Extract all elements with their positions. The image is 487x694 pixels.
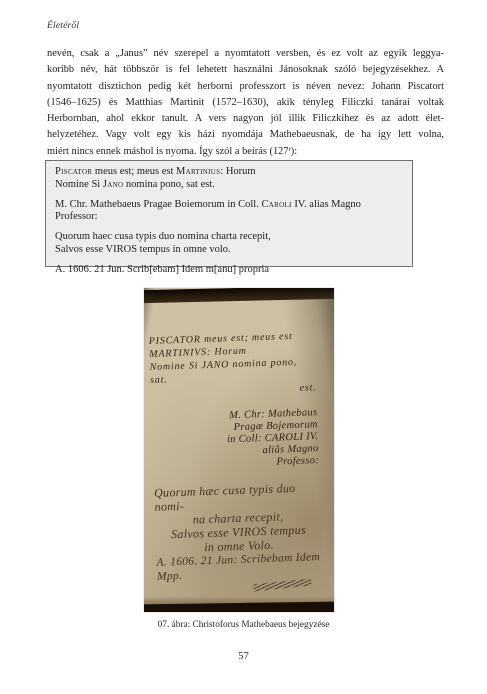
photo-book-bottom-edge: [144, 602, 334, 612]
quote-box: Piscator meus est; meus est Martinius: H…: [45, 160, 413, 267]
body-paragraph: nevén, csak a „Janus” név szerepel a nyo…: [47, 46, 444, 160]
quote-block: M. Chr. Mathebaeus Pragae Boiemorum in C…: [55, 199, 403, 225]
paragraph-line: nevén, csak a „Janus” név szerepel a nyo…: [47, 46, 444, 62]
paragraph-line: Herbornban, ahol ekkor tanult. A vers na…: [47, 111, 444, 127]
paragraph-line: helyzetéhez. Vagy volt egy kis házi nyom…: [47, 127, 444, 143]
quote-line: Salvos esse VIROS tempus in omne volo.: [55, 244, 403, 257]
quote-line: A. 1606. 21 Jun. Scrib[ebam] Idem m[anu]…: [55, 264, 403, 277]
quote-line: Quorum haec cusa typis duo nomina charta…: [55, 231, 403, 244]
figure-caption: 07. ábra: Christoforus Mathebaeus bejegy…: [0, 620, 487, 630]
quote-block: Piscator meus est; meus est Martinius: H…: [55, 166, 403, 192]
page-number: 57: [0, 651, 487, 662]
paragraph-line: nyomtatott disztichon pedig két herborni…: [47, 79, 444, 95]
running-header: Életéről: [47, 21, 79, 31]
quote-line: M. Chr. Mathebaeus Pragae Boiemorum in C…: [55, 199, 403, 225]
quote-line: Nomine Si Jano nomina pono, sat est.: [55, 179, 403, 192]
manuscript-text: PISCATOR meus est; meus estMARTINIVS: Ho…: [149, 329, 324, 593]
paragraph-line: koribb név, hát többször is fel lehetett…: [47, 62, 444, 78]
quote-block: A. 1606. 21 Jun. Scrib[ebam] Idem m[anu]…: [55, 264, 403, 277]
paragraph-line: miért nincs ennek máshol is nyoma. Így s…: [47, 144, 444, 160]
paragraph-line: (1546–1625) és Matthias Martinit (1572–1…: [47, 95, 444, 111]
manuscript-photo: PISCATOR meus est; meus estMARTINIVS: Ho…: [144, 288, 334, 612]
quote-block: Quorum haec cusa typis duo nomina charta…: [55, 231, 403, 257]
quote-line: Piscator meus est; meus est Martinius: H…: [55, 166, 403, 179]
